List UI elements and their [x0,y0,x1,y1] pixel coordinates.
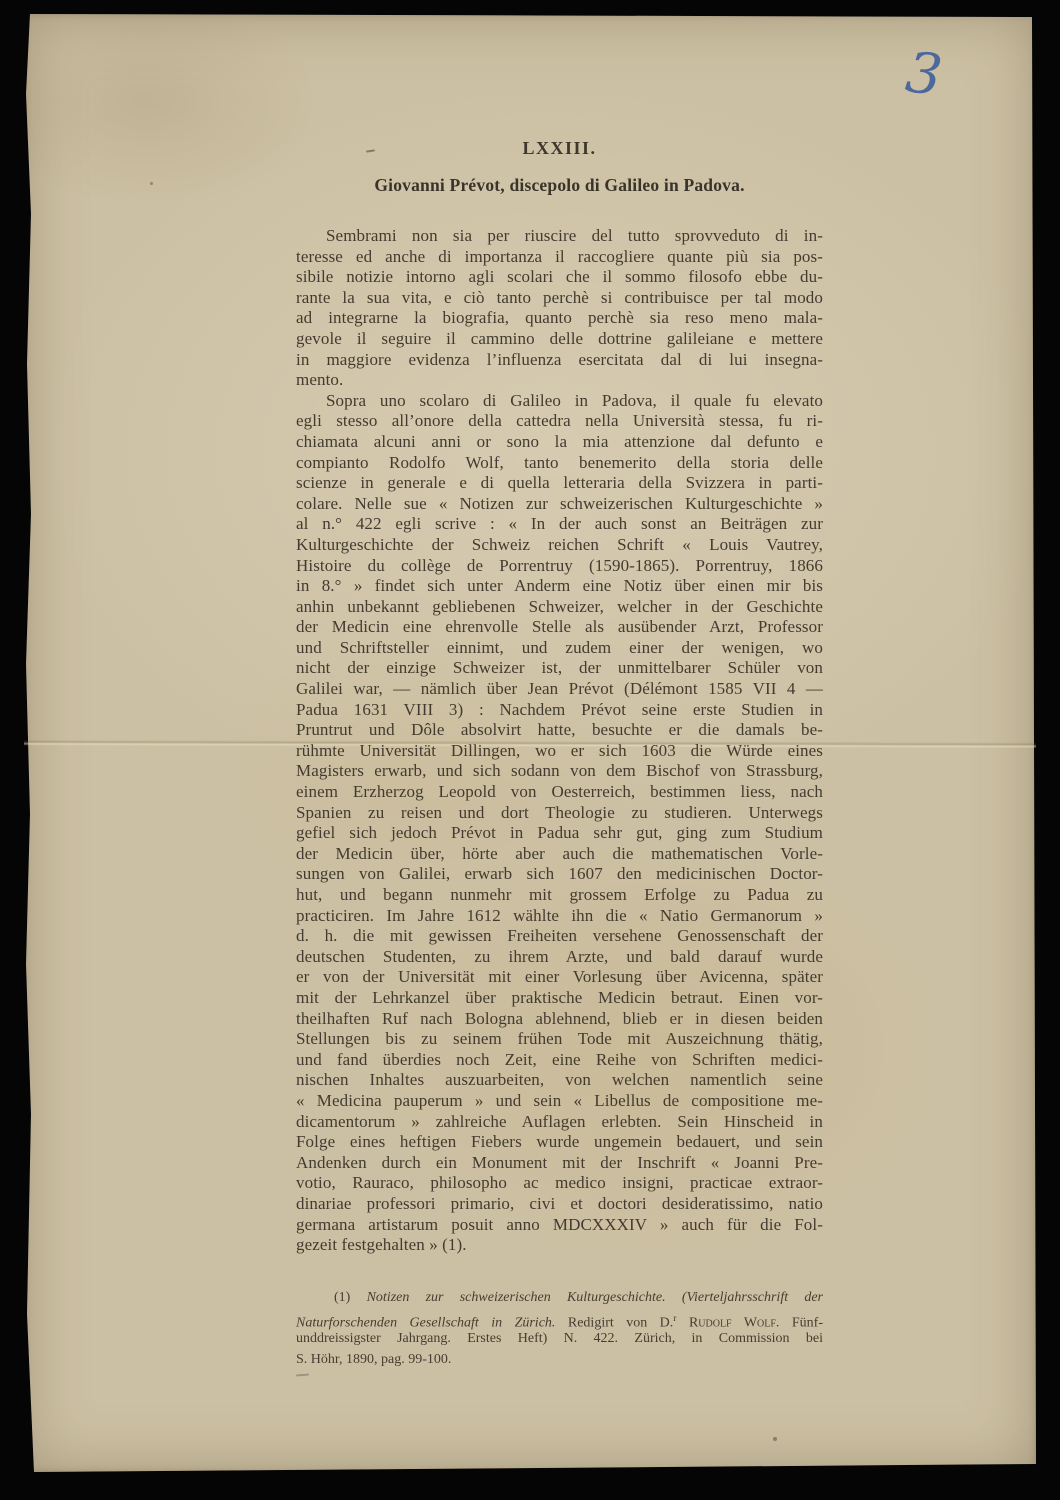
footnote-segment: (1) [334,1290,367,1305]
text-line: colare. Nelle sue « Notizen zur schweize… [296,494,823,515]
text-line: hut, und begann nunmehr mit grossem Erfo… [296,885,823,906]
text-line: Andenken durch ein Monument mit der Insc… [296,1153,823,1174]
text-line: der Medicin über, hörte aber auch die ma… [296,844,823,865]
text-line: und Schriftsteller einnimt, und zudem ei… [296,638,823,659]
text-line: nischen Inhaltes auszuarbeiten, von welc… [296,1070,823,1091]
text-line: dicamentorum » zahlreiche Auflagen erleb… [296,1112,823,1133]
text-line: anhin unbekannt gebliebenen Schweizer, w… [296,597,823,618]
text-line: practiciren. Im Jahre 1612 wählte ihn di… [296,906,823,927]
text-line: sungen von Galilei, erwarb sich 1607 den… [296,864,823,885]
text-line: Magisters erwarb, und sich sodann von de… [296,761,823,782]
text-line: Pruntrut und Dôle absolvirt hatte, besuc… [296,720,823,741]
text-line: Padua 1631 VIII 3) : Nachdem Prévot sein… [296,700,823,721]
footnote-line: (1) Notizen zur schweizerischen Kulturge… [296,1288,823,1309]
text-line: nicht der einzige Schweizer ist, der unm… [296,658,823,679]
text-line: einem Erzherzog Leopold von Oesterreich,… [296,782,823,803]
text-line: in 8.° » findet sich unter Anderm eine N… [296,576,823,597]
text-line: Folge eines heftigen Fiebers wurde ungem… [296,1132,823,1153]
text-line: Histoire du collège de Porrentruy (1590-… [296,556,823,577]
footnote: (1) Notizen zur schweizerischen Kulturge… [296,1288,823,1371]
text-line: er von der Universität mit einer Vorlesu… [296,967,823,988]
text-line: scienze in generale e di quella letterar… [296,473,823,494]
text-line: germana artistarum posuit anno MDCXXXIV … [296,1215,823,1236]
handwritten-page-number: 3 [888,39,957,126]
text-line: mit der Lehrkanzel über praktische Medic… [296,988,823,1009]
article-title: Giovanni Prévot, discepolo di Galileo in… [296,175,823,196]
footnote-line: unddreissigster Jahrgang. Erstes Heft) N… [296,1329,823,1350]
text-line: al n.° 422 egli scrive : « In der auch s… [296,514,823,535]
footnote-line: Naturforschenden Gesellschaft in Zürich.… [296,1309,823,1330]
footnote-segment: Naturforschenden Gesellschaft in Zürich. [296,1315,555,1330]
text-line: in maggiore evidenza l’influenza esercit… [296,350,823,371]
text-line: der Medicin eine ehrenvolle Stelle als a… [296,617,823,638]
footnote-segment: Rudolf Wolf [689,1315,776,1330]
text-line: dinariae professori primario, civi et do… [296,1194,823,1215]
text-line: rühmte Universität Dillingen, wo er sich… [296,741,823,762]
footnote-line: S. Höhr, 1890, pag. 99-100. [296,1350,823,1371]
text-line: compianto Rodolfo Wolf, tanto benemerito… [296,453,823,474]
text-line: gefiel sich jedoch Prévot in Padua sehr … [296,823,823,844]
ink-speck [773,1437,777,1441]
text-line: mento. [296,370,823,391]
body-text: Sembrami non sia per riuscire del tutto … [296,226,823,1256]
footnote-segment: unddreissigster Jahrgang. Erstes Heft) N… [296,1331,823,1346]
text-line: Spanien zu reisen und dort Theologie zu … [296,803,823,824]
footnote-segment: Redigirt von D. [555,1315,673,1330]
footnote-segment: Notizen zur schweizerischen Kulturgeschi… [367,1290,823,1305]
text-line: « Medicina pauperum » und sein « Libellu… [296,1091,823,1112]
text-line: Galilei war, — nämlich über Jean Prévot … [296,679,823,700]
text-line: d. h. die mit gewissen Freiheiten verseh… [296,926,823,947]
text-line: chiamata alcuni anni or sono la mia atte… [296,432,823,453]
ink-speck [150,182,153,185]
scanned-document-canvas: 3 LXXIII. Giovanni Prévot, discepolo di … [0,0,1060,1500]
text-line: gezeit festgehalten » (1). [296,1235,823,1256]
text-line: Sembrami non sia per riuscire del tutto … [296,226,823,247]
text-line: teresse ed anche di importanza il raccog… [296,247,823,268]
text-line: gevole il seguire il cammino delle dottr… [296,329,823,350]
text-line: votio, Rauraco, philosopho ac medico ins… [296,1173,823,1194]
footnote-segment: S. Höhr, 1890, pag. 99-100. [296,1352,451,1367]
footnote-segment: . Fünf- [776,1315,823,1330]
footnote-segment [676,1315,688,1330]
text-line: sibile notizie intorno agli scolari che … [296,267,823,288]
text-line: theilhaften Ruf nach Bologna ablehnend, … [296,1009,823,1030]
text-line: Kulturgeschichte der Schweiz reichen Sch… [296,535,823,556]
text-line: egli stesso all’onore della cattedra nel… [296,411,823,432]
text-line: und fand überdies noch Zeit, eine Reihe … [296,1050,823,1071]
text-line: Sopra uno scolaro di Galileo in Padova, … [296,391,823,412]
text-line: deutschen Studenten, zu ihrem Arzte, und… [296,947,823,968]
chapter-number-heading: LXXIII. [296,138,823,159]
text-line: Stellungen bis zu seinem frühen Tode mit… [296,1029,823,1050]
text-line: rante la sua vita, e ciò tanto perchè si… [296,288,823,309]
text-line: ad integrarne la biografia, quanto perch… [296,308,823,329]
